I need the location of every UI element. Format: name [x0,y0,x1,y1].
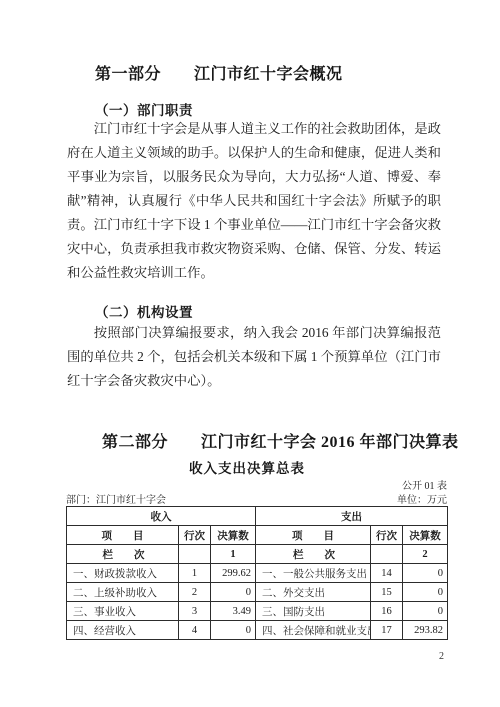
section1-title: （一）部门职责 [95,99,193,119]
income-item: 一、财政拨款收入 [67,564,179,583]
expense-line: 15 [371,583,403,602]
income-item: 二、上级补助收入 [67,583,179,602]
income-amount: 299.62 [211,564,256,583]
income-amount: 0 [211,583,256,602]
expense-line: 14 [371,564,403,583]
income-column-label: 栏 次 [67,545,179,564]
page-number: 2 [439,651,444,662]
income-item: 三、事业收入 [67,602,179,621]
income-expense-table: 收入 支出 项 目 行次 决算数 项 目 行次 决算数 栏 次 1 栏 次 2 [66,506,448,640]
expense-item: 三、国防支出 [256,602,371,621]
table-meta-row: 部门：江门市红十字会 单位：万元 [66,491,447,506]
expense-item: 一、一般公共服务支出 [256,564,371,583]
table-row: 三、事业收入 3 3.49 三、国防支出 16 0 [67,602,448,621]
expense-item-header: 项 目 [256,526,371,545]
table-row: 一、财政拨款收入 1 299.62 一、一般公共服务支出 14 0 [67,564,448,583]
income-line-header: 行次 [179,526,211,545]
expense-line: 17 [371,621,403,640]
income-amount-header: 决算数 [211,526,256,545]
income-line: 1 [179,564,211,583]
income-amount: 3.49 [211,602,256,621]
expense-amount: 0 [403,583,448,602]
column-index-row: 栏 次 1 栏 次 2 [67,545,448,564]
expense-amount: 0 [403,564,448,583]
expense-item: 二、外交支出 [256,583,371,602]
section1-paragraph: 江门市红十字会是从事人道主义工作的社会救助团体，是政府在人道主义领域的助手。以保… [67,117,441,285]
table-title: 收入支出决算总表 [189,457,305,477]
income-line: 3 [179,602,211,621]
income-item: 四、经营收入 [67,621,179,640]
document-page: 第一部分 江门市红十字会概况 （一）部门职责 江门市红十字会是从事人道主义工作的… [0,0,500,707]
unit-label: 单位：万元 [397,491,447,506]
income-column-blank [179,545,211,564]
income-column-index: 1 [211,545,256,564]
part1-heading: 第一部分 江门市红十字会概况 [95,61,343,84]
income-line: 4 [179,621,211,640]
expense-column-blank [371,545,403,564]
expense-amount: 293.82 [403,621,448,640]
doc-code-label: 公开 01 表 [402,477,447,492]
section2-title: （二）机构设置 [95,301,193,321]
income-line: 2 [179,583,211,602]
table-group-header-row: 收入 支出 [67,507,448,526]
expense-group-header: 支出 [256,507,448,526]
expense-item: 四、社会保障和就业支出 [256,621,371,640]
income-group-header: 收入 [67,507,256,526]
income-item-header: 项 目 [67,526,179,545]
expense-line: 16 [371,602,403,621]
part2-heading: 第二部分 江门市红十字会 2016 年部门决算表 [102,429,459,452]
expense-line-header: 行次 [371,526,403,545]
section2-paragraph: 按照部门决算编报要求，纳入我会 2016 年部门决算编报范围的单位共 2 个，包… [67,321,441,393]
table-row: 四、经营收入 4 0 四、社会保障和就业支出 17 293.82 [67,621,448,640]
income-amount: 0 [211,621,256,640]
table-row: 二、上级补助收入 2 0 二、外交支出 15 0 [67,583,448,602]
expense-column-label: 栏 次 [256,545,371,564]
table-column-header-row: 项 目 行次 决算数 项 目 行次 决算数 [67,526,448,545]
expense-amount: 0 [403,602,448,621]
expense-column-index: 2 [403,545,448,564]
department-label: 部门：江门市红十字会 [66,491,166,506]
expense-amount-header: 决算数 [403,526,448,545]
